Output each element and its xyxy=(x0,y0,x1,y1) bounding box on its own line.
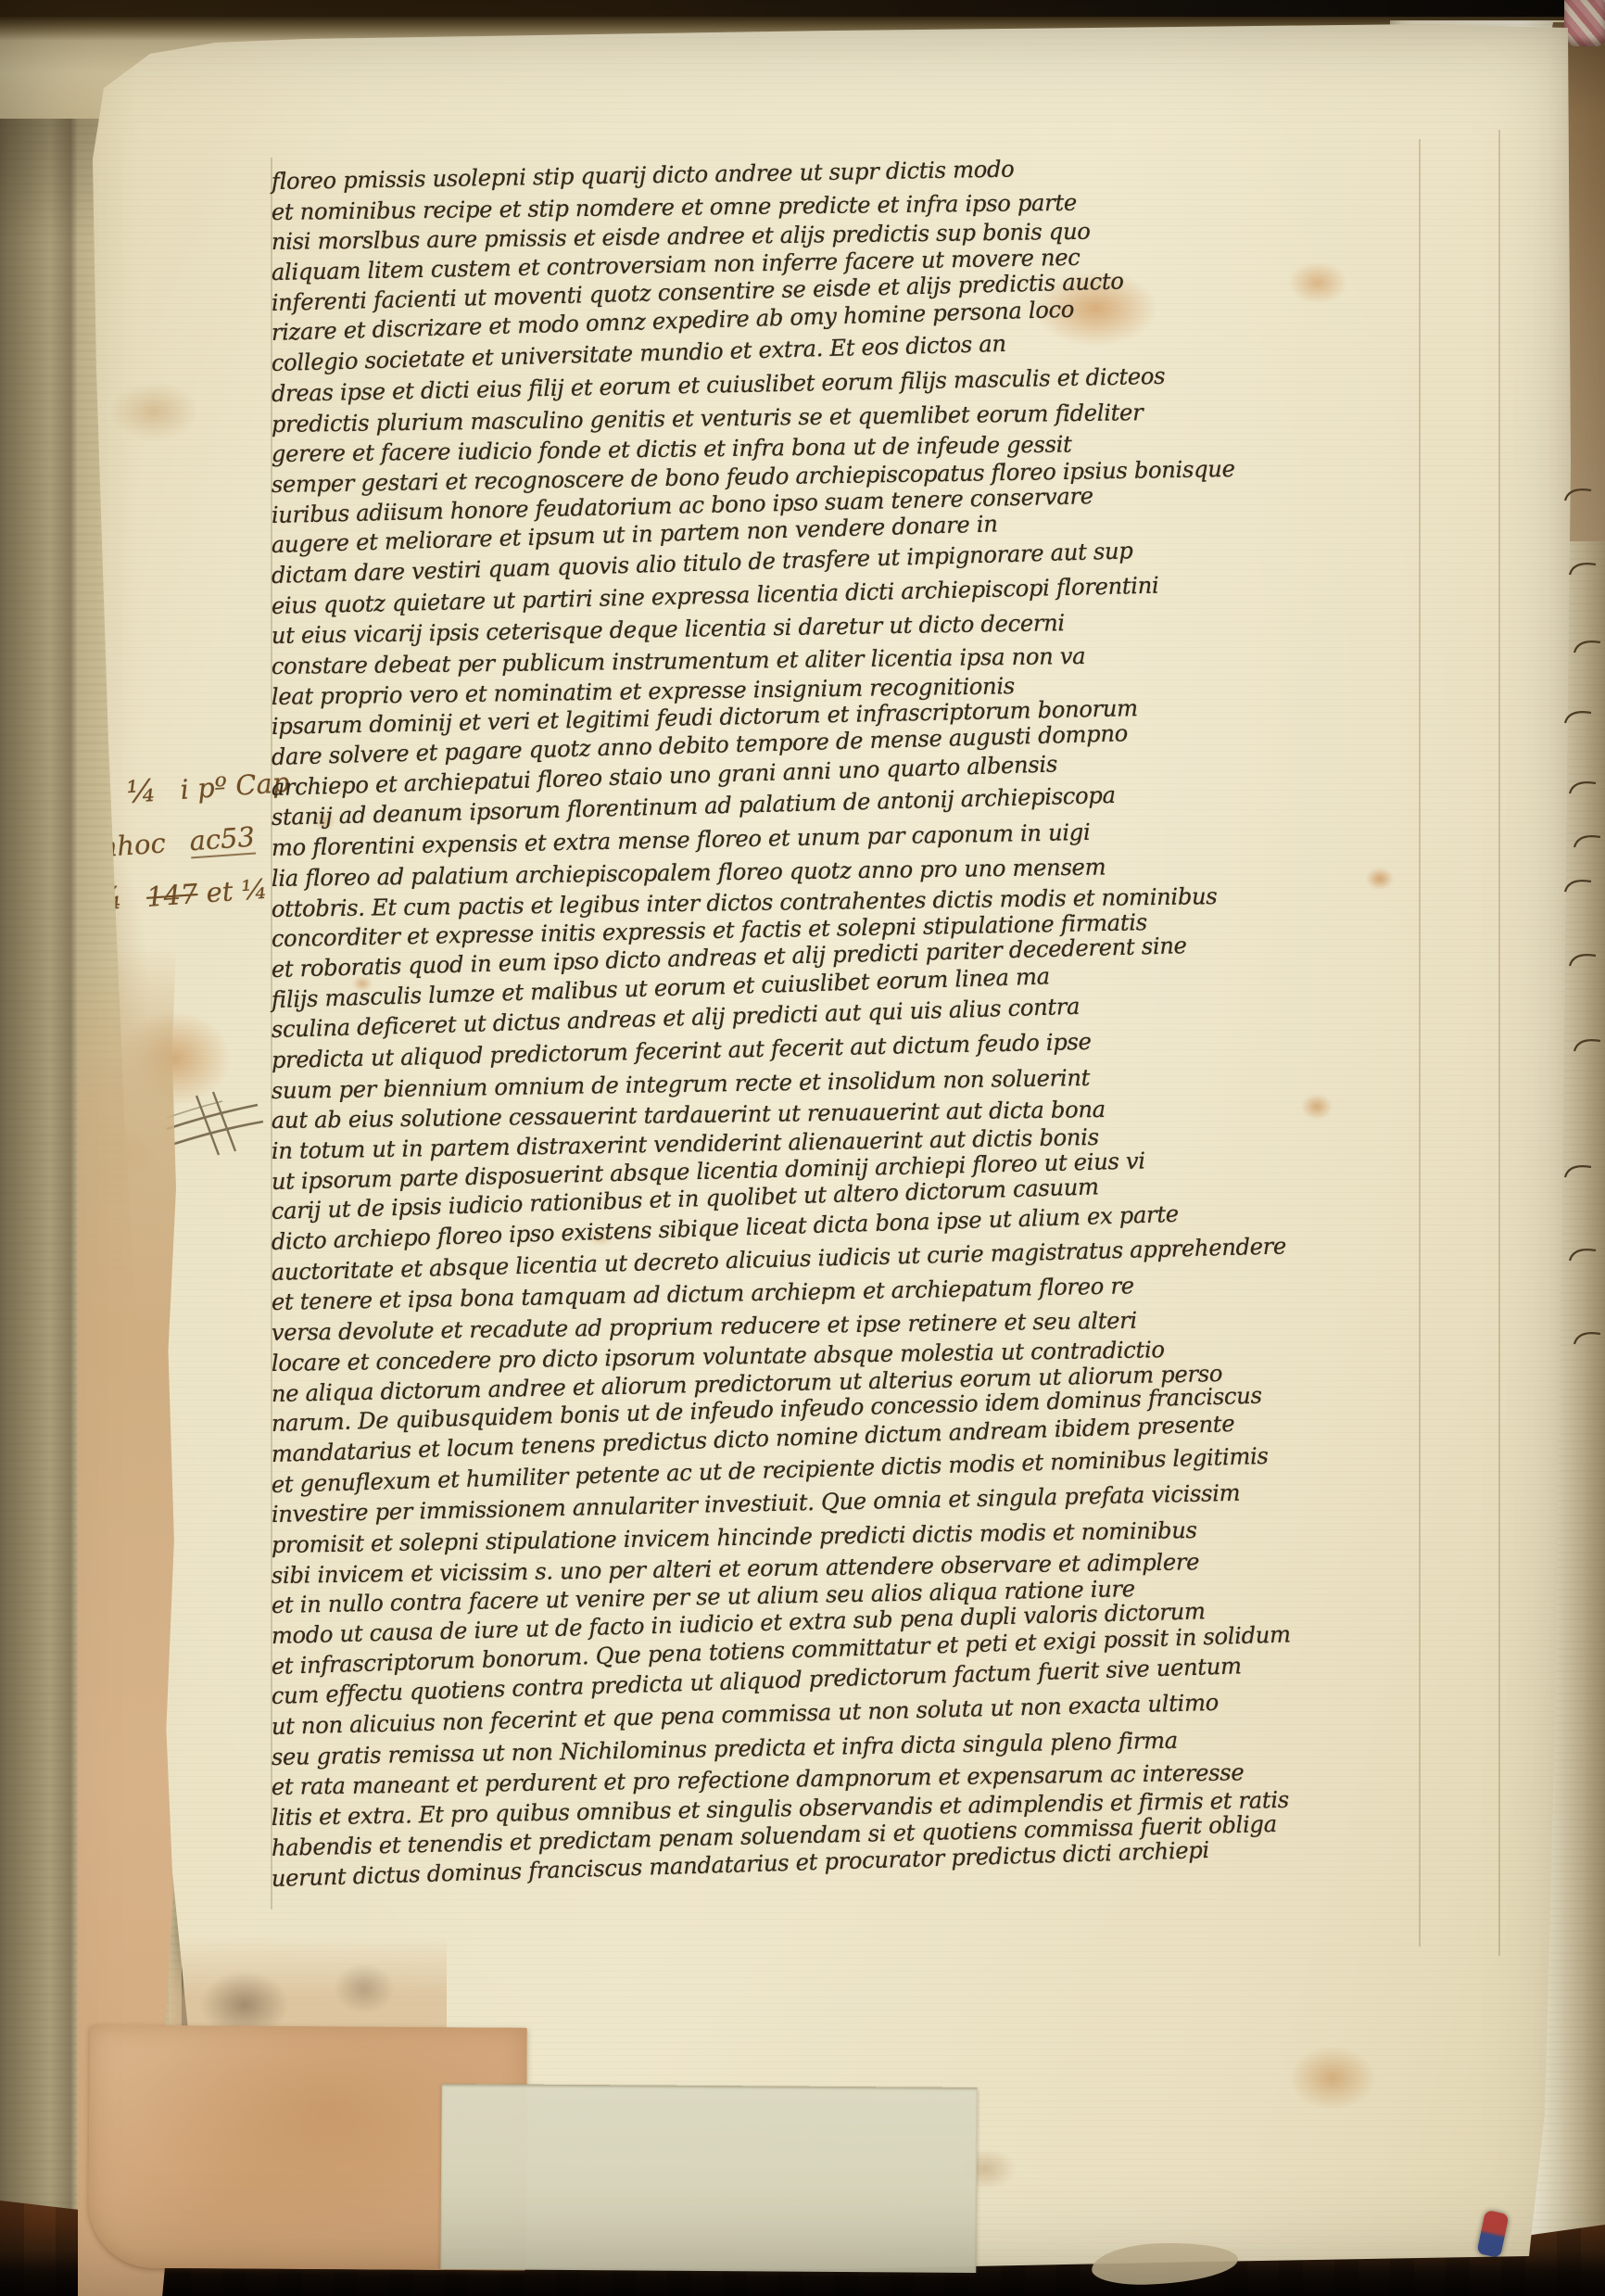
repair-patch-pale xyxy=(440,2084,977,2273)
facing-page-ink-stroke xyxy=(1562,706,1594,725)
facing-page-ink-stroke xyxy=(1572,1327,1603,1346)
manuscript-text-block: floreo pmissis usolepni stip quarij dict… xyxy=(272,168,1406,1895)
facing-page-ink-stroke xyxy=(1567,949,1599,968)
hash-mark-doodle xyxy=(165,1086,267,1170)
facing-page-ink-stroke xyxy=(1567,1244,1599,1262)
facing-page-ink-stroke xyxy=(1567,558,1599,577)
ruling-line-right-inner xyxy=(1419,139,1421,1947)
manuscript-photo: 3¼i pº Cap Inhocac53 ¼147 et ¼ floreo pm… xyxy=(0,0,1605,2296)
facing-page-ink-stroke xyxy=(1572,1034,1603,1053)
endband-pink xyxy=(1564,0,1605,46)
facing-page-ink-stroke xyxy=(1572,636,1603,654)
stain xyxy=(109,382,198,441)
smudge xyxy=(334,1963,395,2013)
facing-page-ink-stroke xyxy=(1572,831,1603,849)
facing-page-ink-stroke xyxy=(1567,777,1599,795)
facing-page-ink-stroke xyxy=(1562,484,1594,502)
stain xyxy=(1290,2047,1375,2110)
ruling-line-right-outer xyxy=(1498,130,1500,1956)
facing-page-ink-stroke xyxy=(1562,875,1594,894)
facing-page-ink-stroke xyxy=(1562,1161,1594,1179)
